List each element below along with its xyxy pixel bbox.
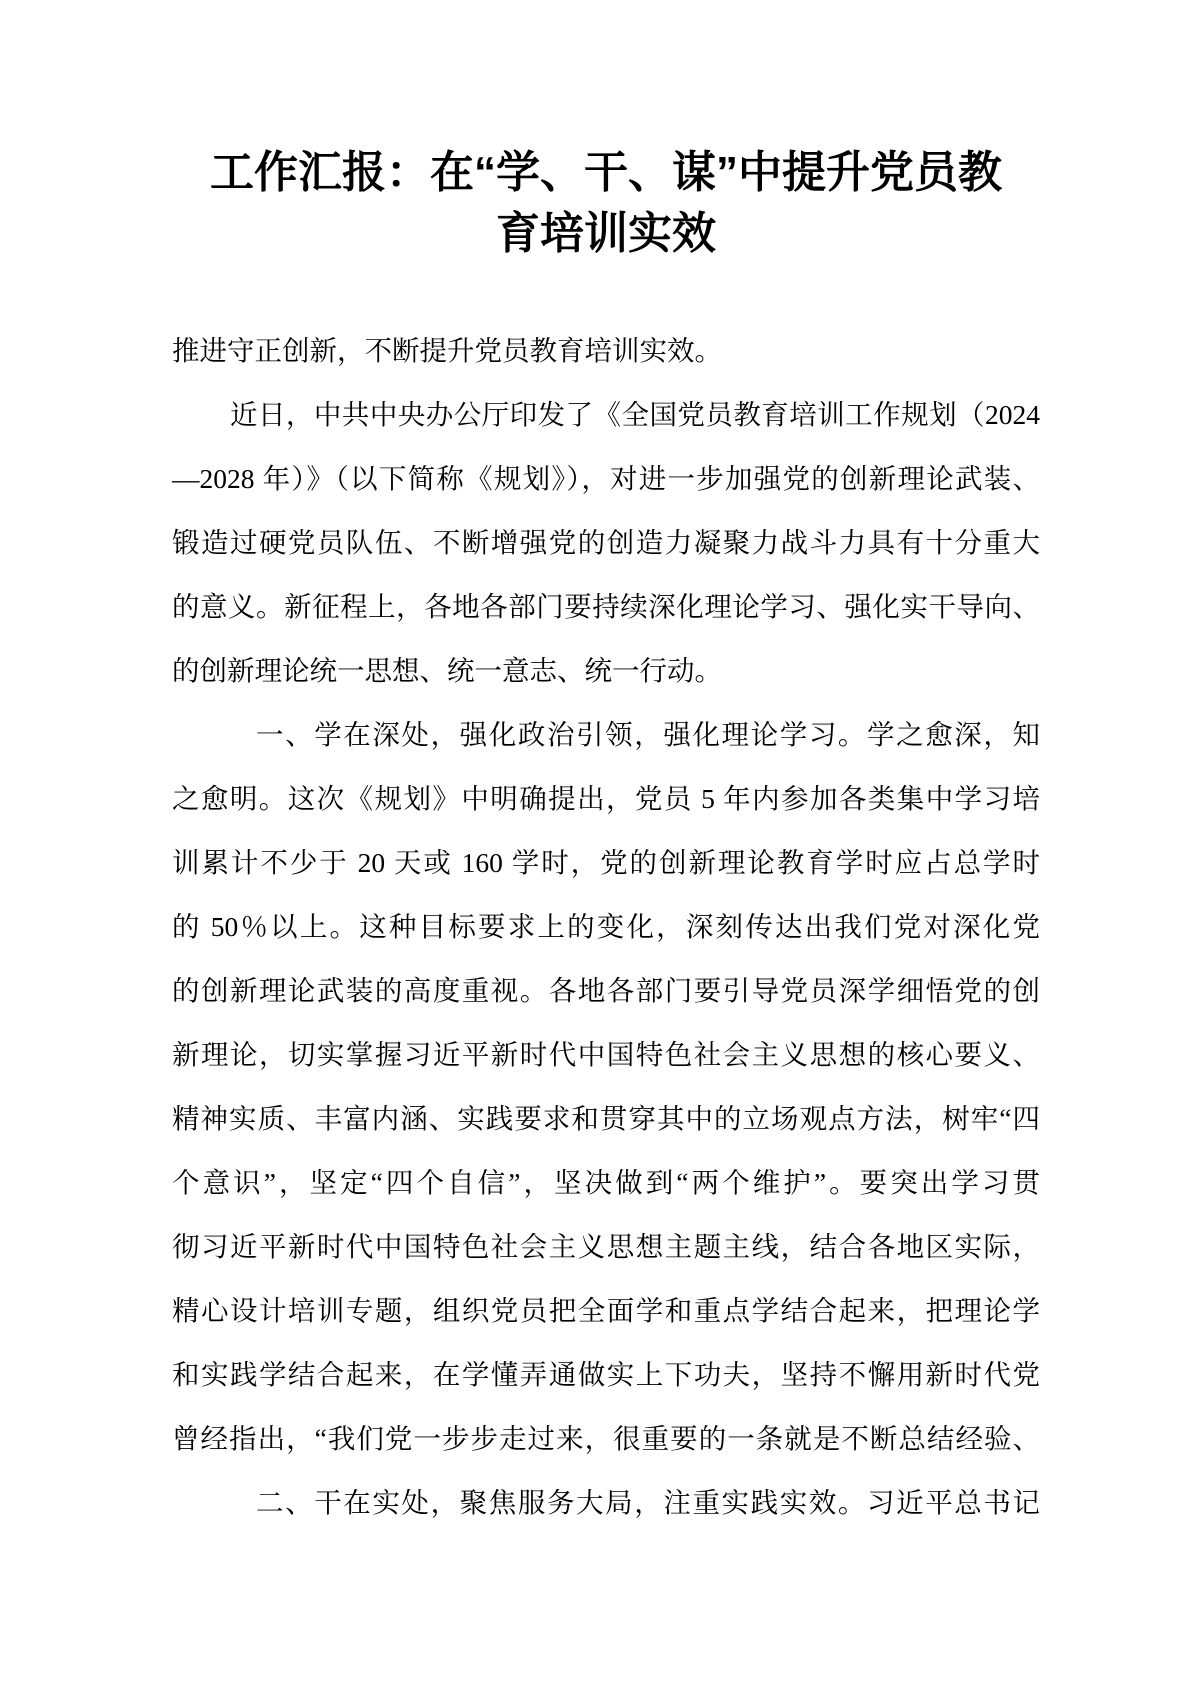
paragraph-line: 曾经指出，“我们党一步步走过来，很重要的一条就是不断总结经验、 [172,1407,1040,1471]
paragraph-line: 之愈明。这次《规划》中明确提出，党员 5 年内参加各类集中学习培 [172,767,1040,831]
paragraph-line: 精心设计培训专题，组织党员把全面学和重点学结合起来，把理论学 [172,1279,1040,1343]
paragraph-line: 锻造过硬党员队伍、不断增强党的创造力凝聚力战斗力具有十分重大 [172,511,1040,575]
paragraph-line: —2028 年）》（以下简称《规划》），对进一步加强党的创新理论武装、 [172,447,1040,511]
paragraph-line: 的创新理论武装的高度重视。各地各部门要引导党员深学细悟党的创 [172,959,1040,1023]
paragraph-intro: 推进守正创新，不断提升党员教育培训实效。近日，中共中央办公厅印发了《全国党员教育… [172,319,1040,639]
paragraph-line: 二、干在实处，聚焦服务大局，注重实践实效。习近平总书记 [172,1471,1040,1535]
paragraph-line: 的 50％以上。这种目标要求上的变化，深刻传达出我们党对深化党 [172,895,1040,959]
paragraph-line: 一、学在深处，强化政治引领，强化理论学习。学之愈深，知 [172,703,1040,767]
paragraph-line: 个意识”，坚定“四个自信”，坚决做到“两个维护”。要突出学习贯 [172,1151,1040,1215]
paragraph-line: 的创新理论统一思想、统一意志、统一行动。 [172,639,1040,703]
paragraph-line: 和实践学结合起来，在学懂弄通做实上下功夫，坚持不懈用新时代党 [172,1343,1040,1407]
title-line-1: 工作汇报：在“学、干、谋”中提升党员教 [172,142,1040,203]
paragraph-section-2: 曾经指出，“我们党一步步走过来，很重要的一条就是不断总结经验、二、干在实处，聚焦… [172,1407,1040,1535]
document-title: 工作汇报：在“学、干、谋”中提升党员教 育培训实效 [172,142,1040,264]
paragraph-line: 推进守正创新，不断提升党员教育培训实效。 [172,319,1040,383]
paragraph-line: 近日，中共中央办公厅印发了《全国党员教育培训工作规划（2024 [172,383,1040,447]
title-line-2: 育培训实效 [172,203,1040,264]
document-body: 推进守正创新，不断提升党员教育培训实效。近日，中共中央办公厅印发了《全国党员教育… [172,319,1040,1535]
paragraph-line: 彻习近平新时代中国特色社会主义思想主题主线，结合各地区实际， [172,1215,1040,1279]
document-page: 工作汇报：在“学、干、谋”中提升党员教 育培训实效 推进守正创新，不断提升党员教… [0,0,1190,1683]
paragraph-line: 新理论，切实掌握习近平新时代中国特色社会主义思想的核心要义、 [172,1023,1040,1087]
paragraph-line: 精神实质、丰富内涵、实践要求和贯穿其中的立场观点方法，树牢“四 [172,1087,1040,1151]
paragraph-section-1: 的创新理论统一思想、统一意志、统一行动。一、学在深处，强化政治引领，强化理论学习… [172,639,1040,1407]
paragraph-line: 的意义。新征程上，各地各部门要持续深化理论学习、强化实干导向、 [172,575,1040,639]
paragraph-line: 训累计不少于 20 天或 160 学时，党的创新理论教育学时应占总学时 [172,831,1040,895]
